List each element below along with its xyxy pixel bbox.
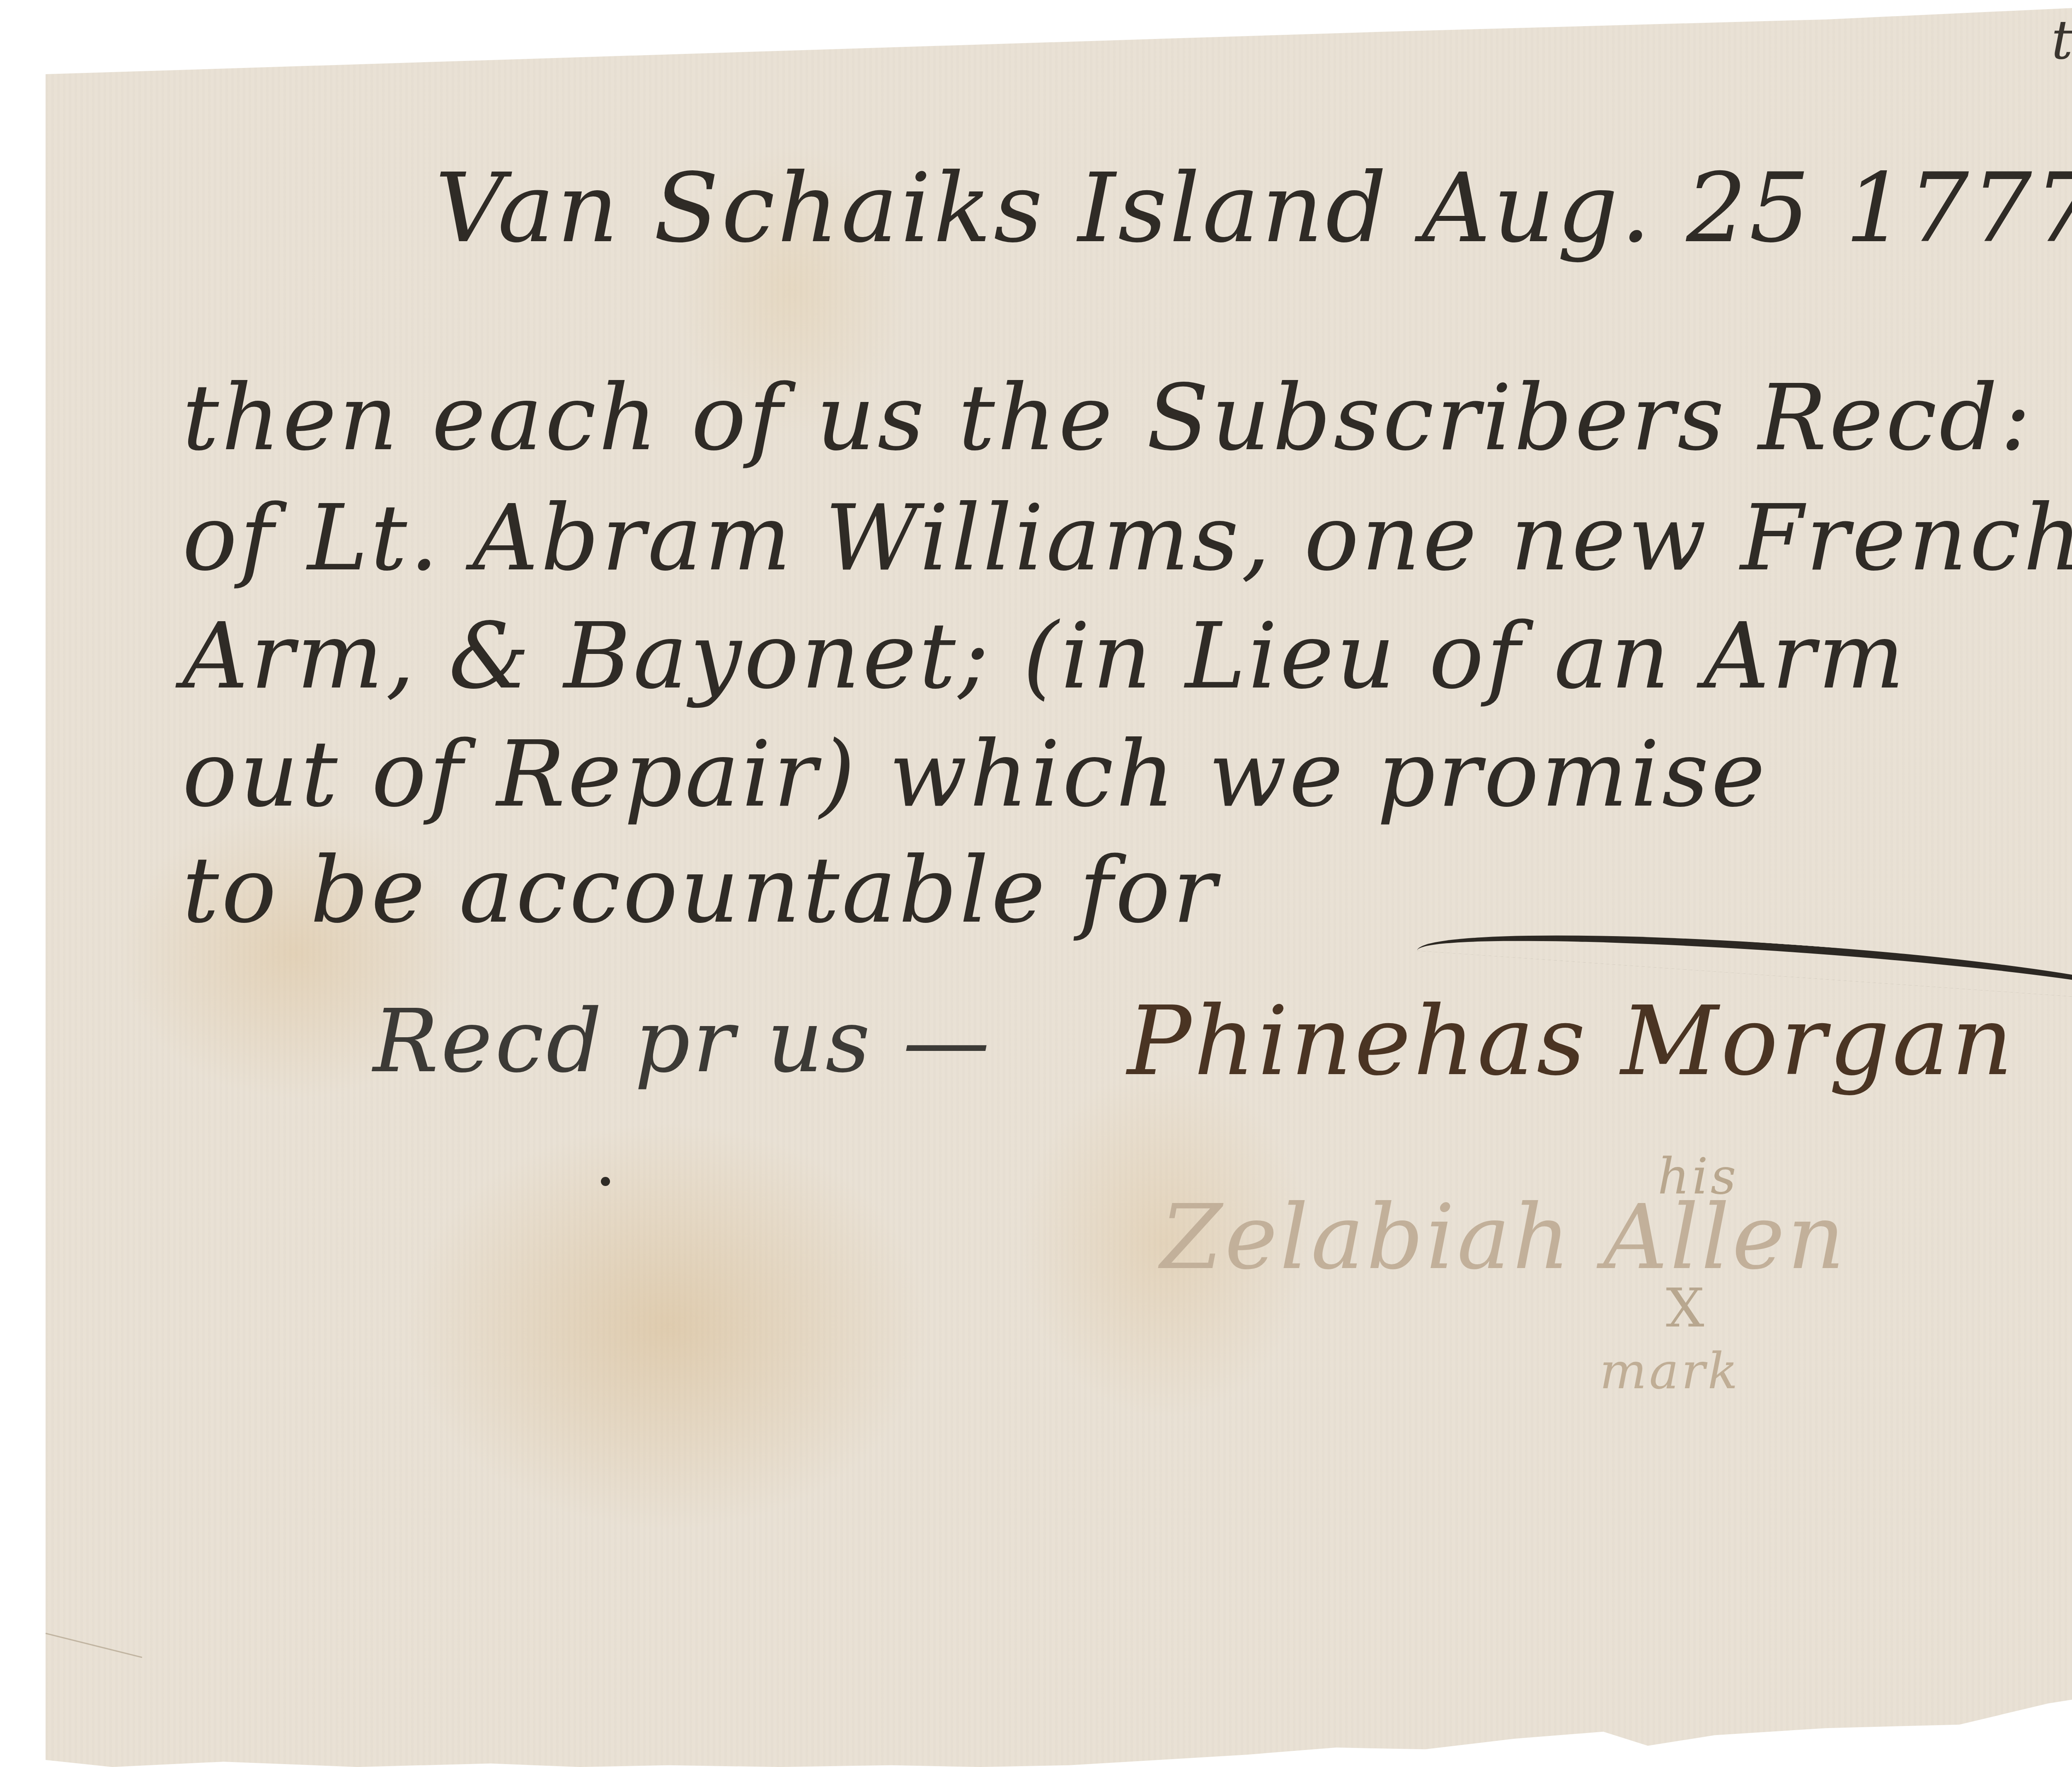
heading-date: Aug. 25	[1422, 153, 1812, 264]
body-line-2: of Lt. Abram Williams, one new French	[182, 485, 2072, 591]
document-heading: Van Schaiks Island Aug. 25 1777	[435, 153, 2072, 264]
body-line-5: to be accountable for	[182, 837, 1219, 943]
received-line: Recd pr us —	[373, 990, 992, 1092]
signature-mark-x: X	[1666, 1276, 1707, 1339]
heading-place: Van Schaiks Island	[435, 153, 1389, 264]
signature-annotation-mark: mark	[1600, 1343, 1740, 1400]
body-line-3: Arm, & Bayonet; (in Lieu of an Arm	[182, 603, 1907, 709]
ink-spot	[601, 1177, 610, 1186]
date-superscript: th	[2051, 8, 2072, 71]
body-line-1: then each of us the Subscribers Recd:	[182, 365, 2033, 471]
signature-phinehas-morgan: Phinehas Morgan	[1127, 986, 2016, 1097]
heading-year: 1777	[1845, 153, 2072, 264]
signature-zelabiah-allen: Zelabiah Allen	[1160, 1185, 1847, 1289]
body-line-4: out of Repair) which we promise	[182, 721, 1768, 827]
